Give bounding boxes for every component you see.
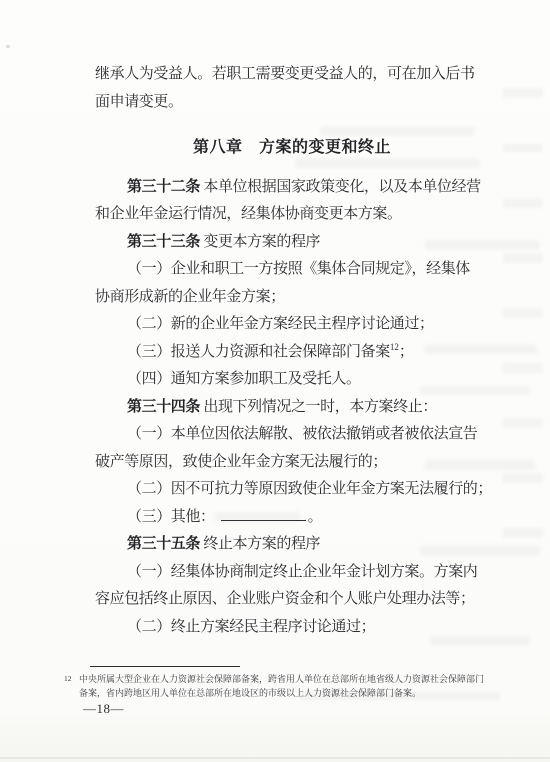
text-line: 和企业年金运行情况，经集体协商变更本方案。 <box>95 201 489 229</box>
text-line: （四）通知方案参加职工及受托人。 <box>95 366 489 394</box>
text-line: 协商形成新的企业年金方案； <box>95 284 489 312</box>
footnote-text-line: 备案，省内跨地区用人单位在总部所在地设区的市级以上人力资源社会保障部门备案。 <box>64 687 490 701</box>
text-segment: （三）报送人力资源和社会保障部门备案 <box>127 344 390 360</box>
footnote: 12 中央所属大型企业在人力资源社会保障部备案，跨省用人单位在总部所在地省级人力… <box>64 673 490 701</box>
text-line: 第三十五条 终止本方案的程序 <box>95 531 489 559</box>
bleedthrough-artifact <box>503 88 543 558</box>
fill-in-blank-underline <box>221 507 306 521</box>
text-line: 破产等原因，致使企业年金方案无法履行的； <box>95 449 489 477</box>
text-segment: 破产等原因，致使企业年金方案无法履行的； <box>95 454 387 470</box>
document-body: 继承人为受益人。若职工需要变更受益人的，可在加入后书面申请变更。第八章 方案的变… <box>95 61 489 641</box>
footnote-separator <box>90 666 240 667</box>
scan-edge-artifact <box>0 757 550 759</box>
text-segment: 继承人为受益人。若职工需要变更受益人的，可在加入后书 <box>95 66 475 82</box>
text-segment: 容应包括终止原因、企业账户资金和个人账户处理办法等； <box>95 591 475 607</box>
text-segment: 出现下列情况之一时，本方案终止： <box>203 399 437 415</box>
text-line: 继承人为受益人。若职工需要变更受益人的，可在加入后书 <box>95 61 489 89</box>
text-line: （一）本单位因依法解散、被依法撤销或者被依法宣告 <box>95 421 489 449</box>
text-segment: （一）经集体协商制定终止企业年金计划方案。方案内 <box>127 564 477 580</box>
text-segment: （三）其他： <box>127 509 215 525</box>
text-line: （三）报送人力资源和社会保障部门备案12； <box>95 339 489 367</box>
text-segment: 和企业年金运行情况，经集体协商变更本方案。 <box>95 206 402 222</box>
article-number: 第三十三条 <box>127 234 203 250</box>
chapter-heading: 第八章 方案的变更和终止 <box>95 134 489 162</box>
article-number: 第三十五条 <box>127 536 203 552</box>
scan-speck-artifact <box>6 45 10 48</box>
text-line: 容应包括终止原因、企业账户资金和个人账户处理办法等； <box>95 586 489 614</box>
text-segment: （二）新的企业年金方案经民主程序讨论通过； <box>127 316 434 332</box>
text-segment: 。 <box>308 509 323 525</box>
text-line: （一）经集体协商制定终止企业年金计划方案。方案内 <box>95 559 489 587</box>
footnote-text-line: 中央所属大型企业在人力资源社会保障部备案，跨省用人单位在总部所在地省级人力资源社… <box>64 673 490 687</box>
text-segment: （一）本单位因依法解散、被依法撤销或者被依法宣告 <box>127 426 477 442</box>
text-line: 第三十二条 本单位根据国家政策变化，以及本单位经营 <box>95 174 489 202</box>
text-segment: 终止本方案的程序 <box>203 536 320 552</box>
page-number: —18— <box>83 701 124 717</box>
text-segment: （一）企业和职工一方按照《集体合同规定》，经集体 <box>127 261 470 277</box>
text-line: （一）企业和职工一方按照《集体合同规定》，经集体 <box>95 256 489 284</box>
text-segment: 面申请变更。 <box>95 94 183 110</box>
text-line: （二）因不可抗力等原因致使企业年金方案无法履行的； <box>95 476 489 504</box>
document-page: 继承人为受益人。若职工需要变更受益人的，可在加入后书面申请变更。第八章 方案的变… <box>0 0 550 762</box>
article-number: 第三十四条 <box>127 399 203 415</box>
text-segment: 变更本方案的程序 <box>203 234 320 250</box>
text-line: （二）新的企业年金方案经民主程序讨论通过； <box>95 311 489 339</box>
text-line: 第三十三条 变更本方案的程序 <box>95 229 489 257</box>
article-number: 第三十二条 <box>127 179 203 195</box>
footnote-marker: 12 <box>64 672 72 686</box>
text-line: （二）终止方案经民主程序讨论通过； <box>95 614 489 642</box>
text-segment: ； <box>399 344 414 360</box>
text-segment: （四）通知方案参加职工及受托人。 <box>127 371 361 387</box>
text-line: 面申请变更。 <box>95 89 489 117</box>
text-segment: 本单位根据国家政策变化，以及本单位经营 <box>203 179 480 195</box>
footnote-reference: 12 <box>390 342 399 352</box>
text-segment: （二）因不可抗力等原因致使企业年金方案无法履行的； <box>127 481 492 497</box>
text-line: 第三十四条 出现下列情况之一时，本方案终止： <box>95 394 489 422</box>
text-segment: 第八章 方案的变更和终止 <box>193 139 391 156</box>
text-segment: （二）终止方案经民主程序讨论通过； <box>127 619 375 635</box>
text-segment: 协商形成新的企业年金方案； <box>95 289 285 305</box>
text-line: （三）其他：。 <box>95 504 489 532</box>
